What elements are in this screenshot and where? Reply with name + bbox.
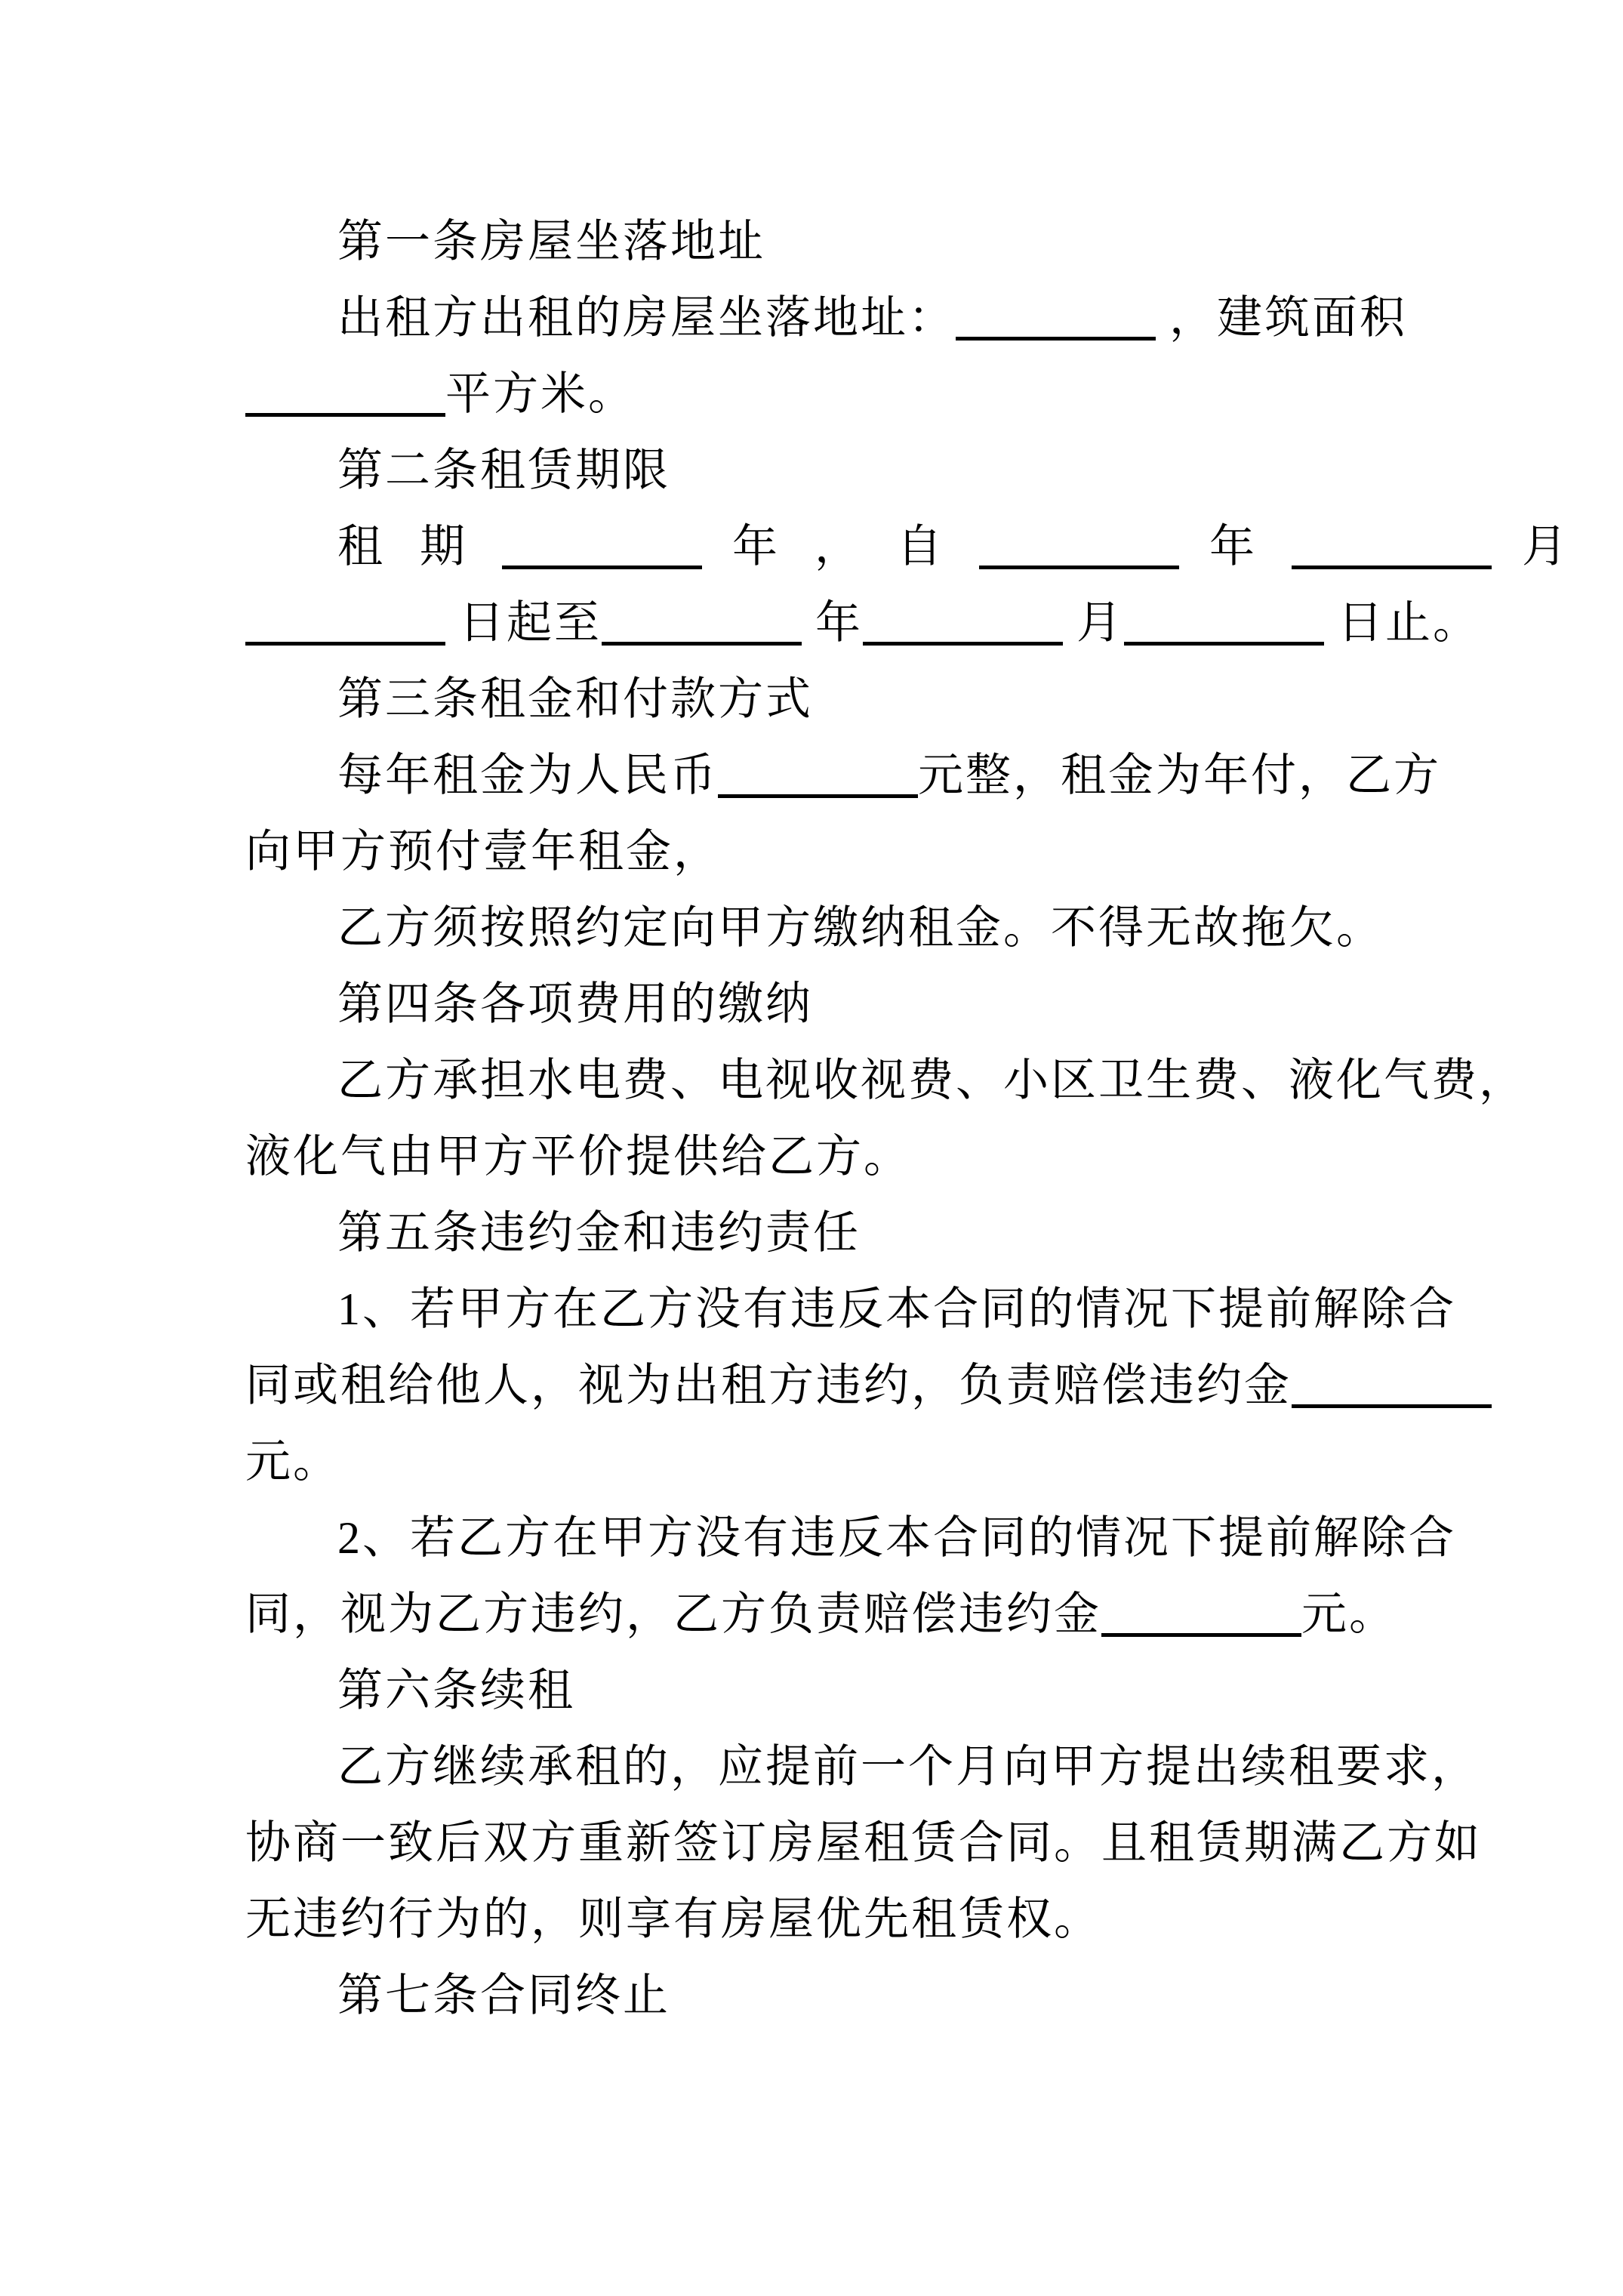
text-run: 第四条各项费用的缴纳 bbox=[337, 979, 813, 1029]
text-line-13: 液化气由甲方平价提供给乙方。 bbox=[245, 1119, 1468, 1195]
text-run: 租 期 bbox=[337, 522, 502, 572]
blank-field bbox=[245, 374, 445, 417]
text-line-24: 第七条合同终止 bbox=[245, 1958, 1468, 2034]
text-run: 无违约行为的，则享有房屋优先租赁权。 bbox=[245, 1894, 1101, 1944]
text-run: 乙方须按照约定向甲方缴纳租金。不得无故拖欠。 bbox=[337, 903, 1384, 953]
text-line-17: 元。 bbox=[245, 1424, 1468, 1500]
text-line-16: 同或租给他人，视为出租方违约，负责赔偿违约金 bbox=[245, 1348, 1468, 1424]
text-run: 向甲方预付壹年租金， bbox=[245, 827, 721, 877]
text-line-8: 每年租金为人民币元整，租金为年付，乙方 bbox=[245, 738, 1468, 814]
text-run: 第六条续租 bbox=[337, 1666, 575, 1715]
blank-field bbox=[718, 755, 918, 798]
text-run: 元。 bbox=[1301, 1589, 1397, 1639]
text-line-15: 1、若甲方在乙方没有违反本合同的情况下提前解除合 bbox=[245, 1271, 1468, 1348]
blank-field bbox=[1292, 526, 1492, 569]
text-line-12: 乙方承担水电费、电视收视费、小区卫生费、液化气费， bbox=[245, 1043, 1468, 1119]
text-run: 第三条租金和付款方式 bbox=[337, 674, 813, 724]
text-line-18: 2、若乙方在甲方没有违反本合同的情况下提前解除合 bbox=[245, 1500, 1468, 1576]
text-run: 平方米。 bbox=[445, 369, 636, 419]
text-run: 日起至 bbox=[445, 598, 602, 648]
text-line-4: 第二条租赁期限 bbox=[245, 433, 1468, 509]
text-run: 元整，租金为年付，乙方 bbox=[918, 750, 1441, 800]
blank-field bbox=[956, 297, 1156, 341]
text-run: 月 bbox=[1063, 598, 1124, 648]
text-run: 第一条房屋坐落地址 bbox=[337, 217, 765, 267]
text-run: 出租方出租的房屋坐落地址： bbox=[337, 293, 956, 343]
text-line-7: 第三条租金和付款方式 bbox=[245, 661, 1468, 738]
text-line-10: 乙方须按照约定向甲方缴纳租金。不得无故拖欠。 bbox=[245, 890, 1468, 966]
text-run: 日止。 bbox=[1324, 598, 1480, 648]
blank-field bbox=[863, 603, 1063, 646]
text-run: 年 bbox=[802, 598, 863, 648]
text-run: 第二条租赁期限 bbox=[337, 445, 670, 495]
text-line-19: 同，视为乙方违约，乙方负责赔偿违约金元。 bbox=[245, 1576, 1468, 1653]
text-run: 协商一致后双方重新签订房屋租赁合同。且租赁期满乙方如 bbox=[245, 1818, 1482, 1868]
text-run: 1、若甲方在乙方没有违反本合同的情况下提前解除合 bbox=[337, 1284, 1456, 1334]
text-line-11: 第四条各项费用的缴纳 bbox=[245, 966, 1468, 1043]
text-run: 第七条合同终止 bbox=[337, 1971, 670, 2020]
text-run: 元。 bbox=[245, 1437, 340, 1487]
text-line-2: 出租方出租的房屋坐落地址： ，建筑面积 bbox=[245, 280, 1468, 356]
text-line-21: 乙方继续承租的，应提前一个月向甲方提出续租要求， bbox=[245, 1729, 1468, 1805]
text-line-20: 第六条续租 bbox=[245, 1653, 1468, 1729]
blank-field bbox=[245, 603, 445, 646]
text-line-5: 租 期 年 ， 自 年 月 bbox=[245, 509, 1468, 585]
text-run: 同，视为乙方违约，乙方负责赔偿违约金 bbox=[245, 1589, 1101, 1639]
text-run: 年 ， 自 bbox=[702, 522, 979, 572]
blank-field bbox=[1101, 1594, 1301, 1637]
text-line-6: 日起至 年 月 日止。 bbox=[245, 585, 1468, 661]
text-run: 年 bbox=[1179, 522, 1292, 572]
text-line-1: 第一条房屋坐落地址 bbox=[245, 204, 1468, 280]
document-page: 第一条房屋坐落地址出租方出租的房屋坐落地址： ，建筑面积平方米。第二条租赁期限租… bbox=[0, 0, 1623, 2296]
text-run: 2、若乙方在甲方没有违反本合同的情况下提前解除合 bbox=[337, 1513, 1456, 1563]
blank-field bbox=[1292, 1365, 1492, 1408]
text-line-23: 无违约行为的，则享有房屋优先租赁权。 bbox=[245, 1881, 1468, 1958]
blank-field bbox=[502, 526, 702, 569]
text-run: ，建筑面积 bbox=[1156, 293, 1407, 343]
text-run: 乙方继续承租的，应提前一个月向甲方提出续租要求， bbox=[337, 1742, 1479, 1792]
text-line-22: 协商一致后双方重新签订房屋租赁合同。且租赁期满乙方如 bbox=[245, 1805, 1468, 1881]
text-line-3: 平方米。 bbox=[245, 356, 1468, 433]
blank-field bbox=[1124, 603, 1324, 646]
text-run: 第五条违约金和违约责任 bbox=[337, 1208, 861, 1258]
text-run: 乙方承担水电费、电视收视费、小区卫生费、液化气费， bbox=[337, 1056, 1526, 1105]
text-run: 每年租金为人民币 bbox=[337, 750, 718, 800]
text-line-9: 向甲方预付壹年租金， bbox=[245, 814, 1468, 890]
blank-field bbox=[979, 526, 1179, 569]
text-run: 液化气由甲方平价提供给乙方。 bbox=[245, 1132, 911, 1182]
text-line-14: 第五条违约金和违约责任 bbox=[245, 1195, 1468, 1271]
text-run: 月 bbox=[1492, 522, 1574, 572]
blank-field bbox=[602, 603, 802, 646]
text-run: 同或租给他人，视为出租方违约，负责赔偿违约金 bbox=[245, 1361, 1292, 1410]
contract-body: 第一条房屋坐落地址出租方出租的房屋坐落地址： ，建筑面积平方米。第二条租赁期限租… bbox=[245, 204, 1468, 2034]
